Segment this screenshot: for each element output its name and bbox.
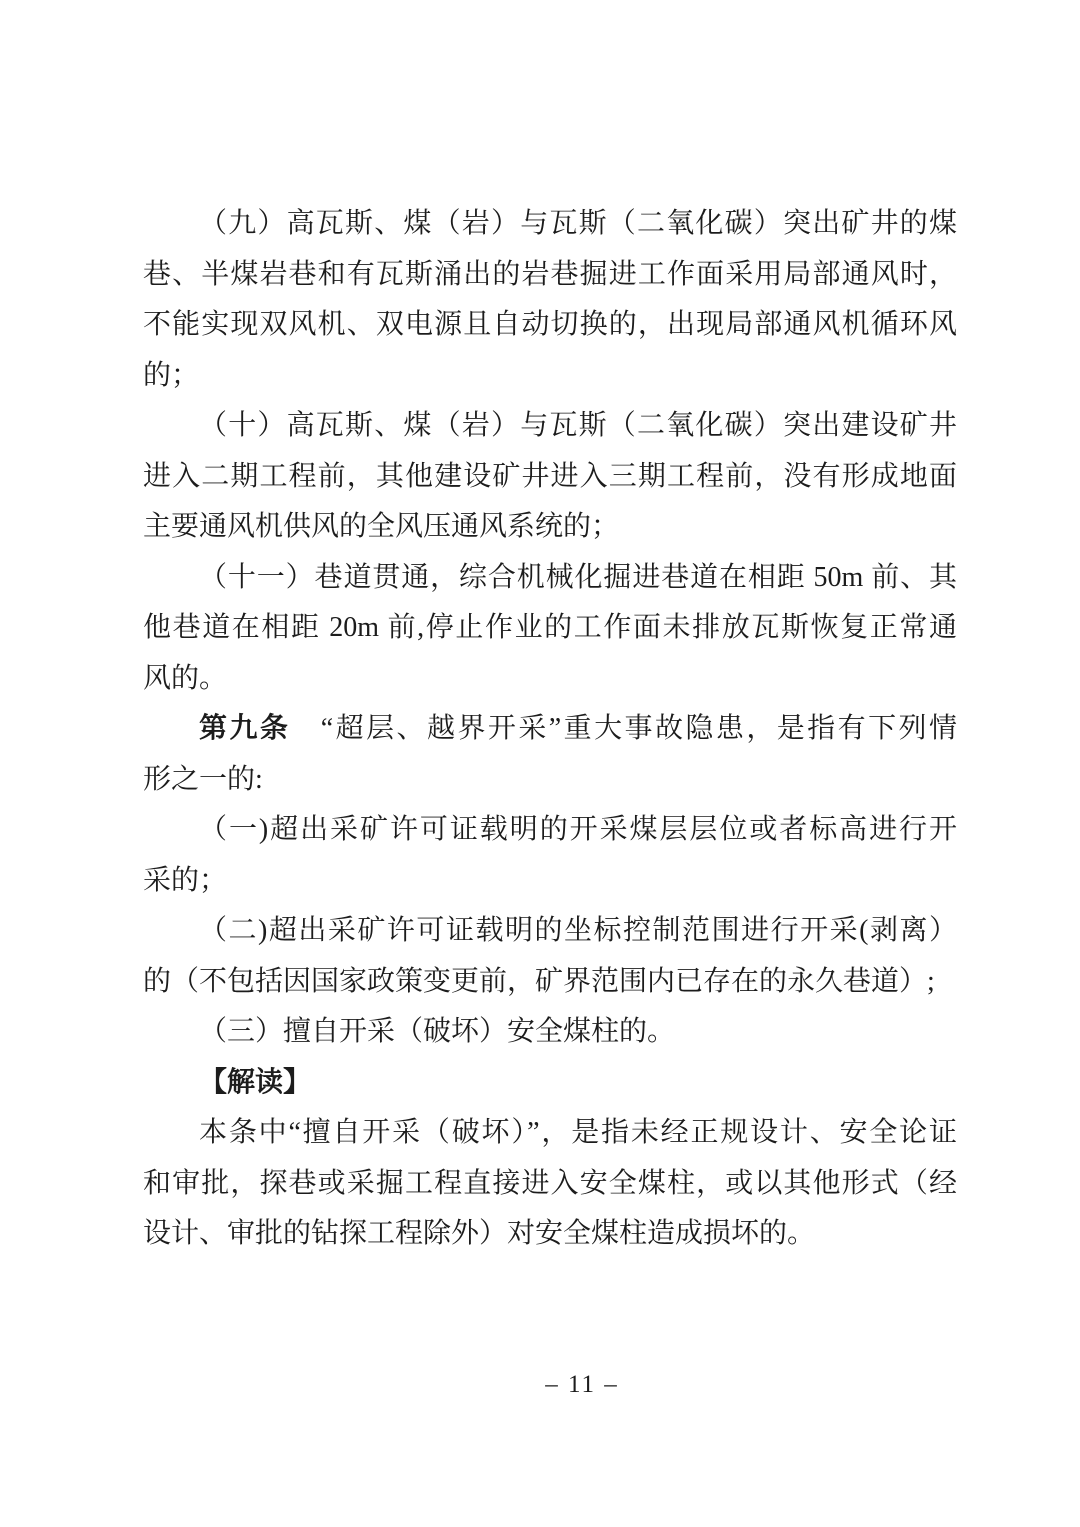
- text-segment: 他巷道在相距 20m 前,停止作业的工作面未排放瓦斯恢复正常通: [143, 612, 957, 643]
- article-9-sub-2: （二)超出采矿许可证载明的坐标控制范围进行开采(剥离）的（不包括因国家政策变更前…: [143, 906, 957, 1007]
- text-segment: 进入二期工程前，其他建设矿井进入三期工程前，没有形成地面: [143, 461, 957, 492]
- text-segment: 和审批，探巷或采掘工程直接进入安全煤柱，或以其他形式（经: [143, 1168, 957, 1199]
- article-9-sub-1: （一)超出采矿许可证载明的开采煤层层位或者标高进行开采的；: [143, 805, 957, 906]
- clause-item-11-line-3: 风的。: [143, 654, 957, 705]
- article-9-sub-3-line-1: （三）擅自开采（破坏）安全煤柱的。: [143, 1007, 957, 1058]
- page-number: – 11 –: [84, 1370, 1080, 1400]
- document-page: （九）高瓦斯、煤（岩）与瓦斯（二氧化碳）突出矿井的煤巷、半煤岩巷和有瓦斯涌出的岩…: [0, 0, 1080, 1527]
- text-segment: 形之一的:: [143, 764, 263, 795]
- text-segment: （三）擅自开采（破坏）安全煤柱的。: [199, 1016, 675, 1047]
- article-9-heading-paragraph-line-1: 第九条 “超层、越界开采”重大事故隐患，是指有下列情: [143, 704, 957, 755]
- clause-item-9-line-3: 不能实现双风机、双电源且自动切换的，出现局部通风机循环风: [143, 300, 957, 351]
- text-segment: 风的。: [143, 663, 227, 694]
- interpretation-heading: 【解读】: [143, 1058, 957, 1109]
- bold-text-segment: 第九条: [199, 713, 290, 744]
- clause-item-11: （十一）巷道贯通，综合机械化掘进巷道在相距 50m 前、其他巷道在相距 20m …: [143, 553, 957, 705]
- clause-item-11-line-1: （十一）巷道贯通，综合机械化掘进巷道在相距 50m 前、其: [143, 553, 957, 604]
- clause-item-10: （十）高瓦斯、煤（岩）与瓦斯（二氧化碳）突出建设矿井进入二期工程前，其他建设矿井…: [143, 401, 957, 553]
- text-segment: 的（不包括因国家政策变更前，矿界范围内已存在的永久巷道）;: [143, 966, 935, 997]
- text-segment: “超层、越界开采”重大事故隐患，是指有下列情: [290, 713, 957, 744]
- interpretation-body-line-3: 设计、审批的钻探工程除外）对安全煤柱造成损坏的。: [143, 1209, 957, 1260]
- clause-item-10-line-1: （十）高瓦斯、煤（岩）与瓦斯（二氧化碳）突出建设矿井: [143, 401, 957, 452]
- clause-item-10-line-2: 进入二期工程前，其他建设矿井进入三期工程前，没有形成地面: [143, 452, 957, 503]
- article-9-sub-2-line-2: 的（不包括因国家政策变更前，矿界范围内已存在的永久巷道）;: [143, 957, 957, 1008]
- clause-item-9-line-1: （九）高瓦斯、煤（岩）与瓦斯（二氧化碳）突出矿井的煤: [143, 199, 957, 250]
- article-9-heading-paragraph: 第九条 “超层、越界开采”重大事故隐患，是指有下列情形之一的:: [143, 704, 957, 805]
- text-segment: 主要通风机供风的全风压通风系统的；: [143, 511, 619, 542]
- article-9-sub-1-line-1: （一)超出采矿许可证载明的开采煤层层位或者标高进行开: [143, 805, 957, 856]
- document-body: （九）高瓦斯、煤（岩）与瓦斯（二氧化碳）突出矿井的煤巷、半煤岩巷和有瓦斯涌出的岩…: [143, 199, 957, 1260]
- interpretation-body-line-1: 本条中“擅自开采（破坏）”，是指未经正规设计、安全论证: [143, 1108, 957, 1159]
- clause-item-9-line-4: 的；: [143, 351, 957, 402]
- clause-item-9-line-2: 巷、半煤岩巷和有瓦斯涌出的岩巷掘进工作面采用局部通风时，: [143, 250, 957, 301]
- text-segment: 巷、半煤岩巷和有瓦斯涌出的岩巷掘进工作面采用局部通风时，: [143, 259, 957, 290]
- text-segment: （十一）巷道贯通，综合机械化掘进巷道在相距 50m 前、其: [199, 562, 957, 593]
- article-9-sub-1-line-2: 采的；: [143, 856, 957, 907]
- clause-item-11-line-2: 他巷道在相距 20m 前,停止作业的工作面未排放瓦斯恢复正常通: [143, 603, 957, 654]
- text-segment: 的；: [143, 360, 199, 391]
- interpretation-body: 本条中“擅自开采（破坏）”，是指未经正规设计、安全论证和审批，探巷或采掘工程直接…: [143, 1108, 957, 1260]
- interpretation-body-line-2: 和审批，探巷或采掘工程直接进入安全煤柱，或以其他形式（经: [143, 1159, 957, 1210]
- text-segment: （十）高瓦斯、煤（岩）与瓦斯（二氧化碳）突出建设矿井: [199, 410, 957, 441]
- text-segment: 设计、审批的钻探工程除外）对安全煤柱造成损坏的。: [143, 1218, 815, 1249]
- bold-text-segment: 【解读】: [199, 1067, 311, 1098]
- text-segment: （二)超出采矿许可证载明的坐标控制范围进行开采(剥离）: [199, 915, 957, 946]
- article-9-sub-3: （三）擅自开采（破坏）安全煤柱的。: [143, 1007, 957, 1058]
- article-9-heading-paragraph-line-2: 形之一的:: [143, 755, 957, 806]
- text-segment: （一)超出采矿许可证载明的开采煤层层位或者标高进行开: [199, 814, 957, 845]
- interpretation-heading-line-1: 【解读】: [143, 1058, 957, 1109]
- text-segment: 本条中“擅自开采（破坏）”，是指未经正规设计、安全论证: [199, 1117, 957, 1148]
- clause-item-10-line-3: 主要通风机供风的全风压通风系统的；: [143, 502, 957, 553]
- text-segment: （九）高瓦斯、煤（岩）与瓦斯（二氧化碳）突出矿井的煤: [199, 208, 957, 239]
- text-segment: 采的；: [143, 865, 227, 896]
- clause-item-9: （九）高瓦斯、煤（岩）与瓦斯（二氧化碳）突出矿井的煤巷、半煤岩巷和有瓦斯涌出的岩…: [143, 199, 957, 401]
- text-segment: 不能实现双风机、双电源且自动切换的，出现局部通风机循环风: [143, 309, 957, 340]
- article-9-sub-2-line-1: （二)超出采矿许可证载明的坐标控制范围进行开采(剥离）: [143, 906, 957, 957]
- page-number-label: – 11 –: [545, 1371, 619, 1398]
